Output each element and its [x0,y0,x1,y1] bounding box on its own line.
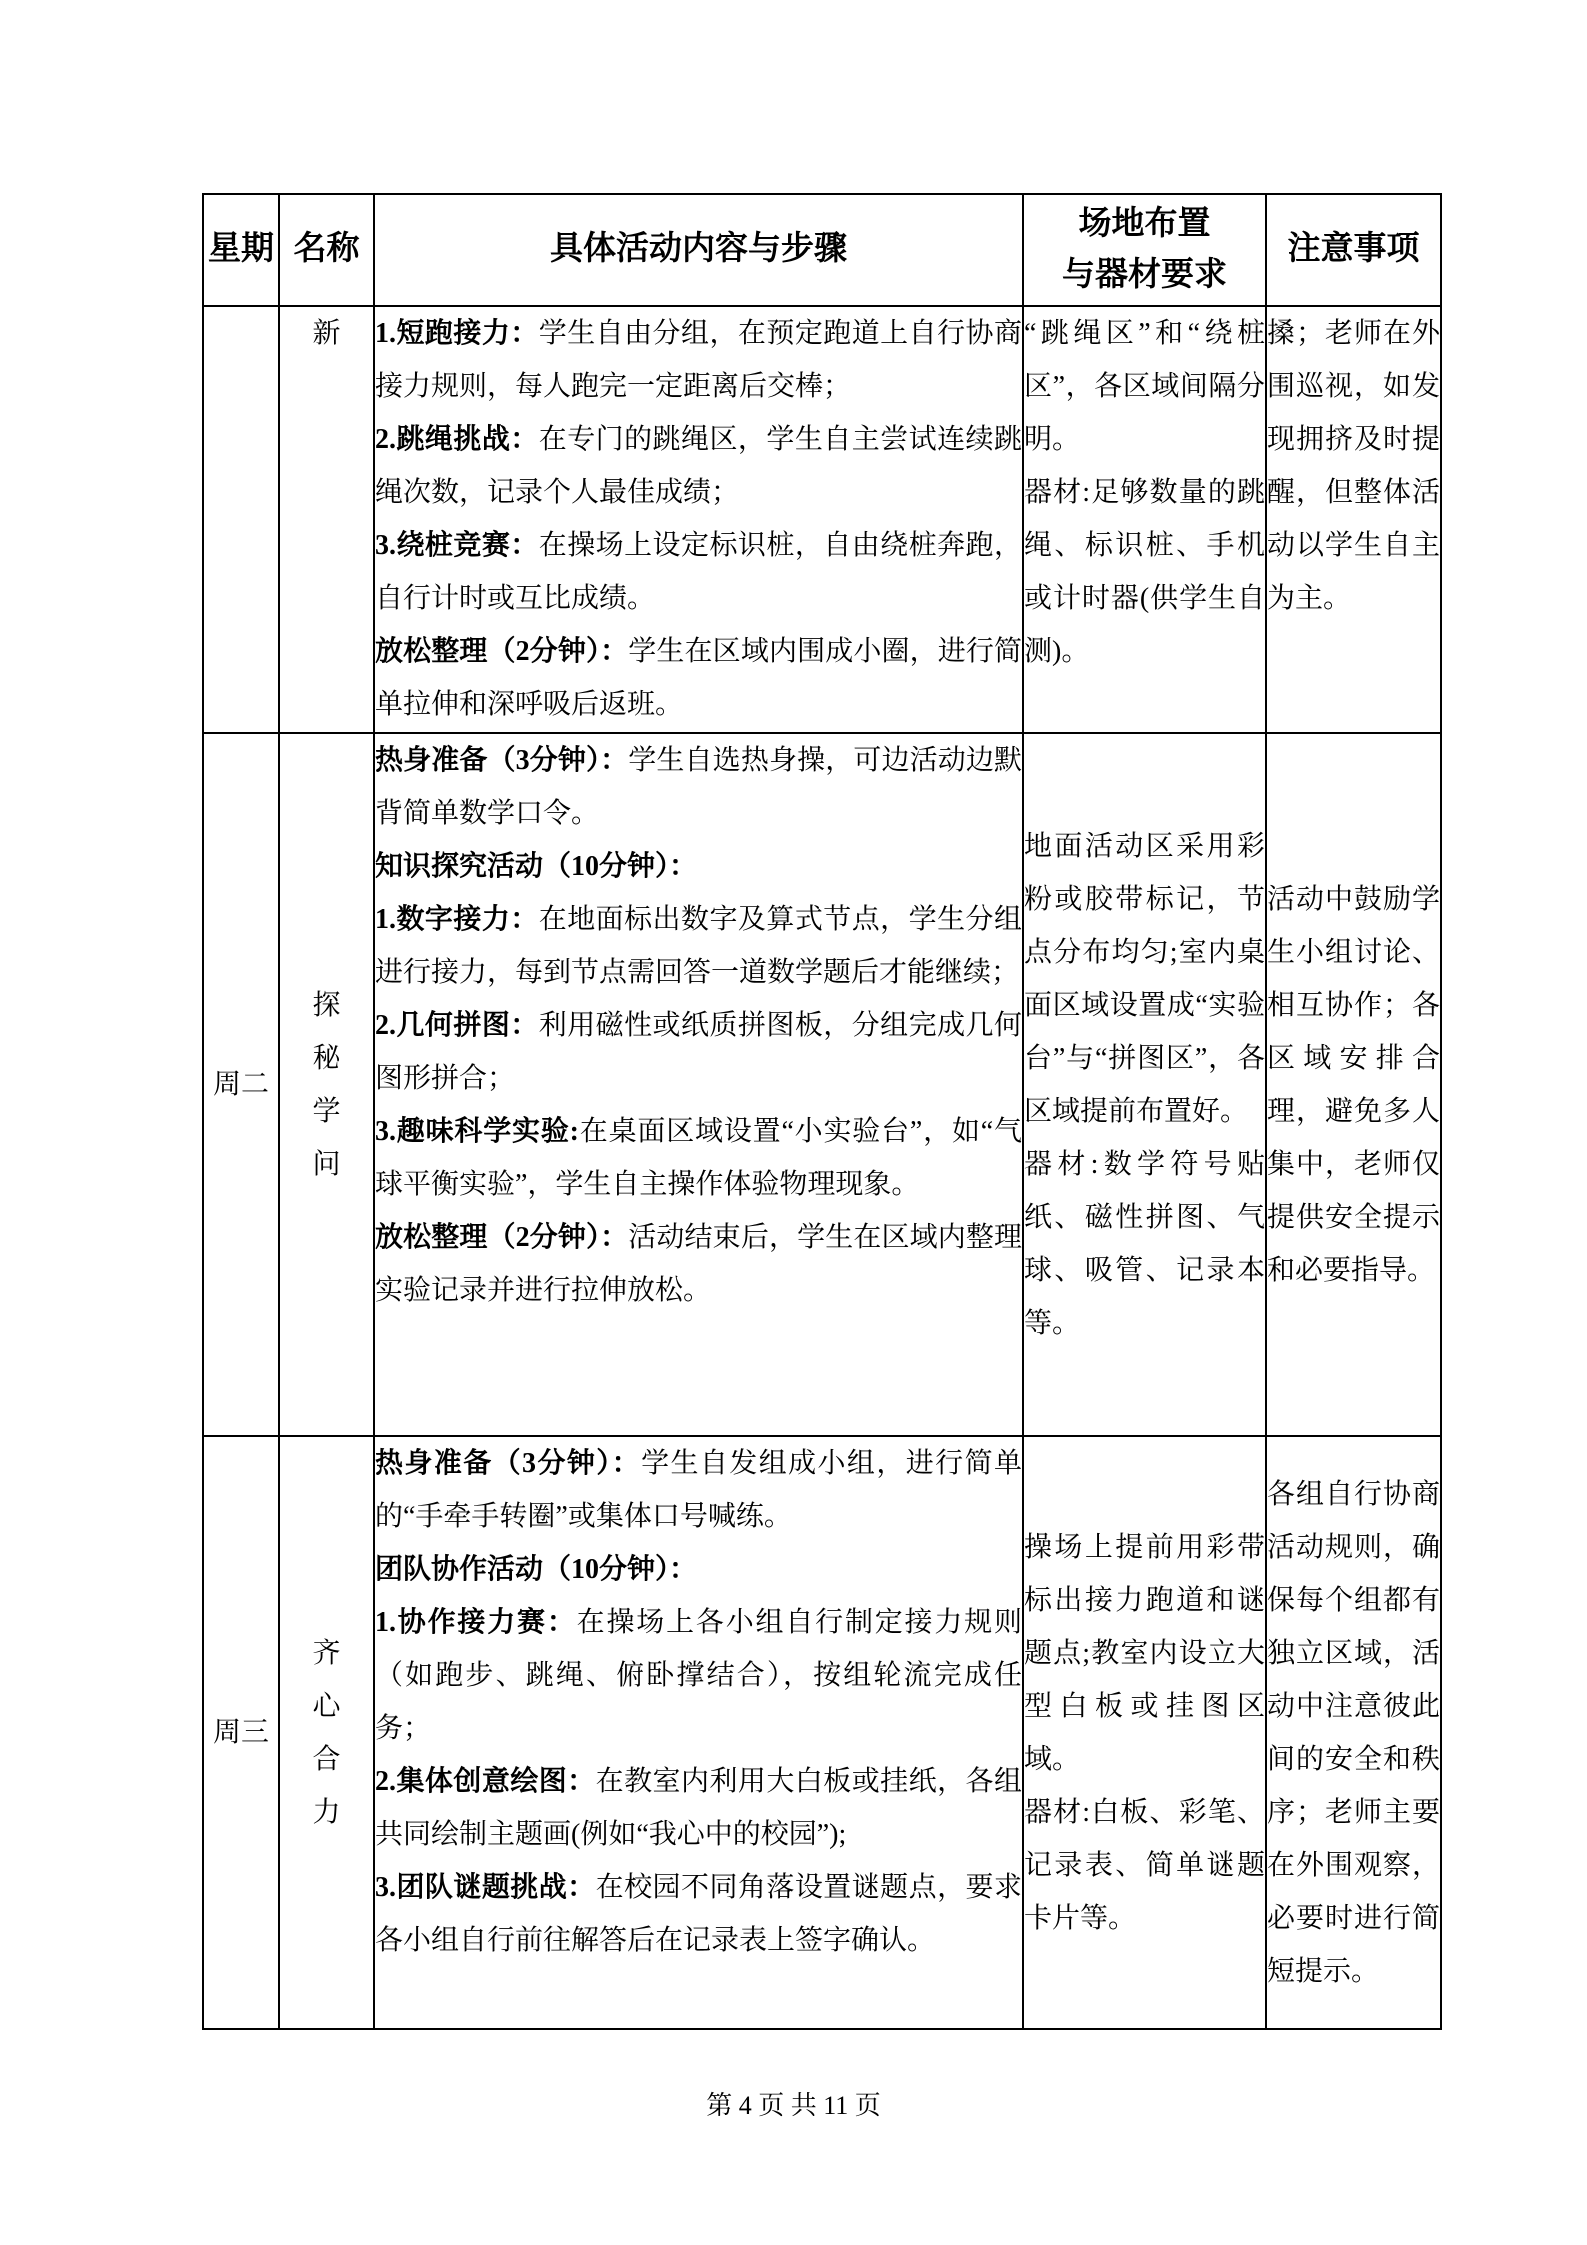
day-cell: 周二 [203,733,279,1436]
table-row: 周三齐心合力热身准备（3分钟）：学生自发组成小组，进行简单的“手牵手转圈”或集体… [203,1436,1441,2029]
header-name: 名称 [279,194,374,306]
name-cell: 新 [279,306,374,733]
venue-cell: 地面活动区采用彩粉或胶带标记，节点分布均匀;室内桌面区域设置成“实验台”与“拼图… [1023,733,1266,1436]
name-cell: 探秘学问 [279,733,374,1436]
notes-cell: 各组自行协商活动规则，确保每个组都有独立区域，活动中注意彼此间的安全和秩序；老师… [1266,1436,1441,2029]
venue-cell: 操场上提前用彩带标出接力跑道和谜题点;教室内设立大型白板或挂图区域。器材:白板、… [1023,1436,1266,2029]
content-cell: 热身准备（3分钟）：学生自发组成小组，进行简单的“手牵手转圈”或集体口号喊练。团… [374,1436,1023,2029]
header-venue: 场地布置 与器材要求 [1023,194,1266,306]
notes-cell: 活动中鼓励学生小组讨论、相互协作；各区域安排合理，避免多人集中，老师仅提供安全提… [1266,733,1441,1436]
content-cell: 热身准备（3分钟）：学生自选热身操，可边活动边默背简单数学口令。知识探究活动（1… [374,733,1023,1436]
table-row: 新1.短跑接力：学生自由分组，在预定跑道上自行协商接力规则，每人跑完一定距离后交… [203,306,1441,733]
day-cell: 周三 [203,1436,279,2029]
header-content: 具体活动内容与步骤 [374,194,1023,306]
page-footer: 第 4 页 共 11 页 [0,2088,1587,2124]
document-page: 星期 名称 具体活动内容与步骤 场地布置 与器材要求 注意事项 新1.短跑接力：… [0,0,1587,2245]
venue-cell: “跳绳区”和“绕桩区”，各区域间隔分明。器材:足够数量的跳绳、标识桩、手机或计时… [1023,306,1266,733]
header-day: 星期 [203,194,279,306]
day-cell [203,306,279,733]
table-header-row: 星期 名称 具体活动内容与步骤 场地布置 与器材要求 注意事项 [203,194,1441,306]
schedule-table-body: 新1.短跑接力：学生自由分组，在预定跑道上自行协商接力规则，每人跑完一定距离后交… [203,306,1441,2029]
header-notes: 注意事项 [1266,194,1441,306]
table-row: 周二探秘学问热身准备（3分钟）：学生自选热身操，可边活动边默背简单数学口令。知识… [203,733,1441,1436]
name-cell: 齐心合力 [279,1436,374,2029]
activity-schedule-table: 星期 名称 具体活动内容与步骤 场地布置 与器材要求 注意事项 新1.短跑接力：… [202,193,1442,2030]
content-cell: 1.短跑接力：学生自由分组，在预定跑道上自行协商接力规则，每人跑完一定距离后交棒… [374,306,1023,733]
notes-cell: 搡；老师在外围巡视，如发现拥挤及时提醒，但整体活动以学生自主为主。 [1266,306,1441,733]
